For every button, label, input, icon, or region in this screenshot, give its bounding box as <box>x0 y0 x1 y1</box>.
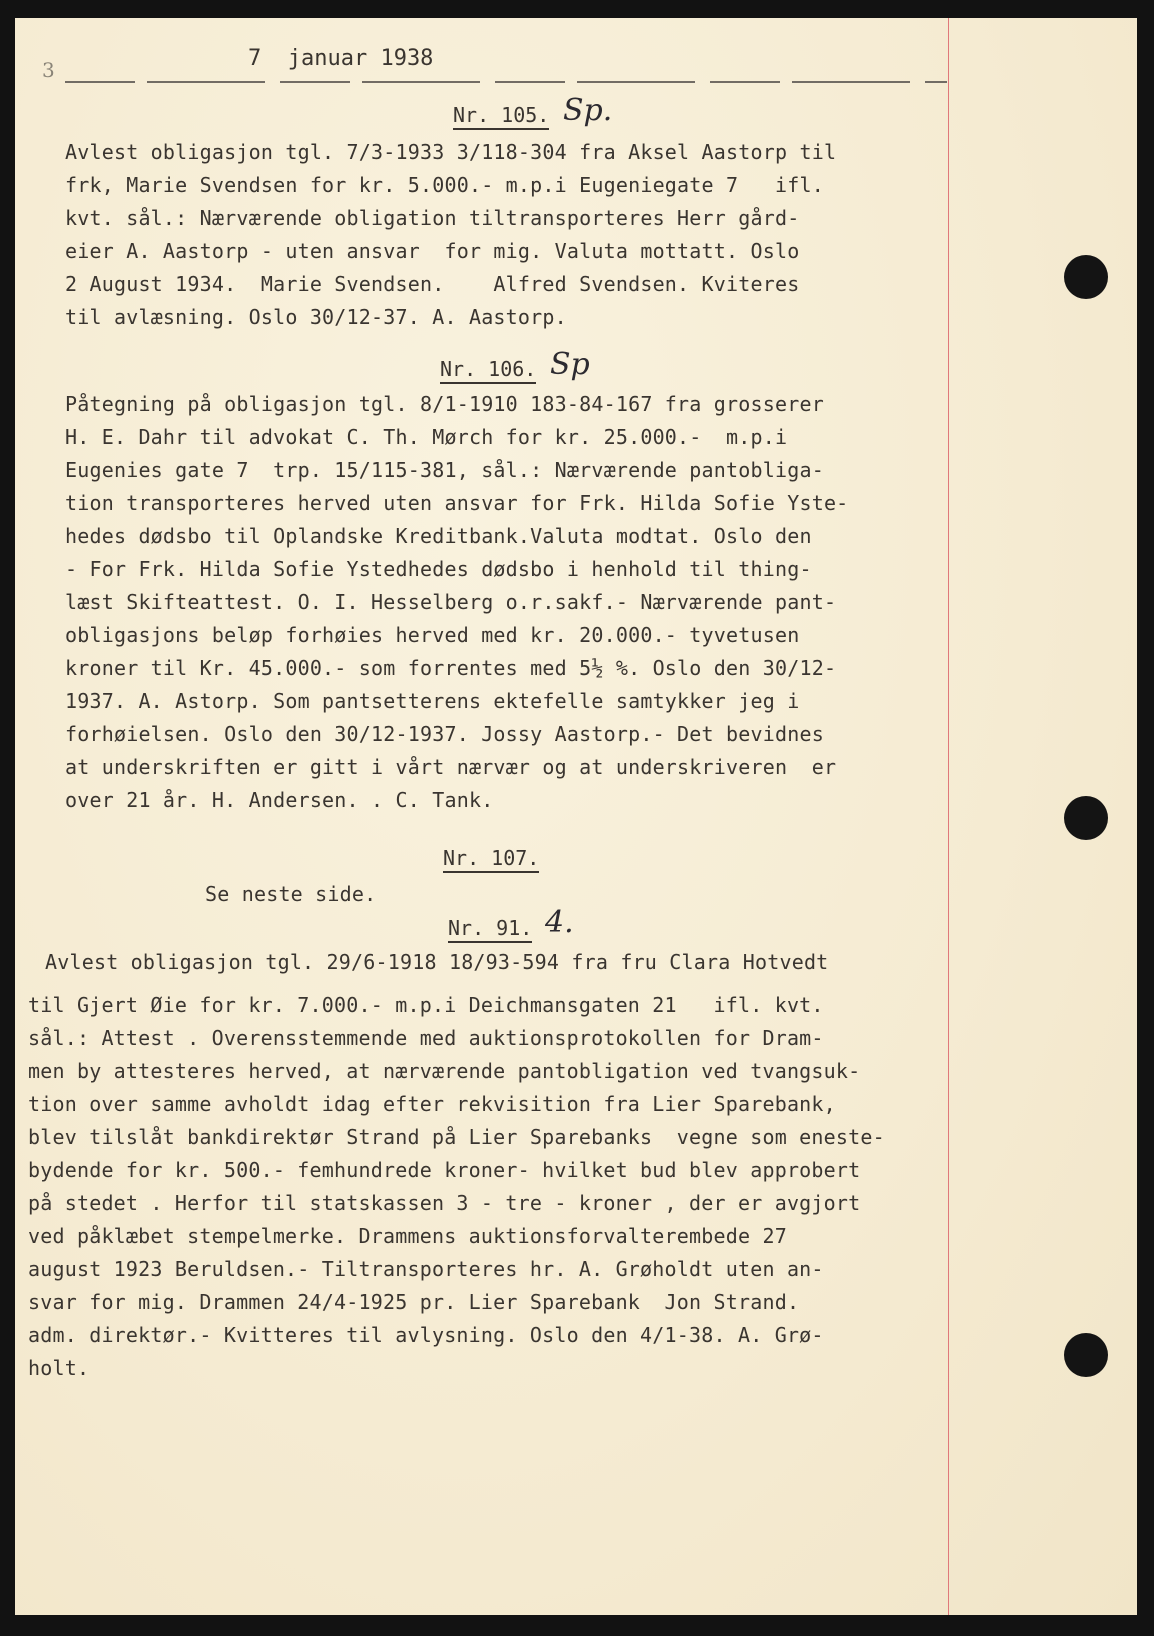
header-rule <box>65 81 947 83</box>
text-line: at underskriften er gitt i vårt nærvær o… <box>65 755 836 779</box>
text-line: på stedet . Herfor til statskassen 3 - t… <box>28 1191 860 1215</box>
text-line: forhøielsen. Oslo den 30/12-1937. Jossy … <box>65 722 824 746</box>
handwritten-initials: 4. <box>545 908 574 938</box>
text-line: Avlest obligasjon tgl. 29/6-1918 18/93-5… <box>45 950 828 974</box>
text-line: tion transporteres herved uten ansvar fo… <box>65 491 848 515</box>
text-line: - For Frk. Hilda Sofie Ystedhedes dødsbo… <box>65 557 812 581</box>
text-line: til avlæsning. Oslo 30/12-37. A. Aastorp… <box>65 305 567 329</box>
text-line: tion over samme avholdt idag efter rekvi… <box>28 1092 836 1116</box>
text-line: ved påklæbet stempelmerke. Drammens aukt… <box>28 1224 787 1248</box>
text-line: over 21 år. H. Andersen. . C. Tank. <box>65 788 493 812</box>
text-line: august 1923 Beruldsen.- Tiltransporteres… <box>28 1257 824 1281</box>
entry-number-107: Nr. 107. <box>443 846 539 873</box>
text-line: kvt. sål.: Nærværende obligation tiltran… <box>65 206 799 230</box>
punch-hole-icon <box>1064 1333 1108 1377</box>
text-line: til Gjert Øie for kr. 7.000.- m.p.i Deic… <box>28 993 824 1017</box>
handwritten-initials: Sp. <box>563 96 612 126</box>
text-line: holt. <box>28 1356 89 1380</box>
page-mark: 3 <box>42 58 55 82</box>
text-line: 1937. A. Astorp. Som pantsetterens ektef… <box>65 689 799 713</box>
text-line: bydende for kr. 500.- femhundrede kroner… <box>28 1158 860 1182</box>
margin-line <box>948 18 949 1615</box>
entry-number-105: Nr. 105. <box>453 103 549 130</box>
text-line: adm. direktør.- Kvitteres til avlysning.… <box>28 1323 824 1347</box>
ledger-page: 3 7 januar 1938 Nr. 105. Sp. Avlest obli… <box>15 18 1137 1615</box>
text-line: Påtegning på obligasjon tgl. 8/1-1910 18… <box>65 392 824 416</box>
text-line: sål.: Attest . Overensstemmende med aukt… <box>28 1026 824 1050</box>
text-line: obligasjons beløp forhøies herved med kr… <box>65 623 799 647</box>
text-line: Eugenies gate 7 trp. 15/115-381, sål.: N… <box>65 458 824 482</box>
page-date-header: 7 januar 1938 <box>248 46 433 71</box>
text-line: men by attesteres herved, at nærværende … <box>28 1059 860 1083</box>
text-line: frk, Marie Svendsen for kr. 5.000.- m.p.… <box>65 173 824 197</box>
text-line: H. E. Dahr til advokat C. Th. Mørch for … <box>65 425 787 449</box>
entry-number-91: Nr. 91. <box>448 916 532 943</box>
text-line: 2 August 1934. Marie Svendsen. Alfred Sv… <box>65 272 799 296</box>
text-line: hedes dødsbo til Oplandske Kreditbank.Va… <box>65 524 812 548</box>
handwritten-initials: Sp <box>550 350 590 380</box>
text-line: kroner til Kr. 45.000.- som forrentes me… <box>65 656 836 680</box>
see-next-page-note: Se neste side. <box>205 882 376 906</box>
text-line: blev tilslåt bankdirektør Strand på Lier… <box>28 1125 885 1149</box>
text-line: eier A. Aastorp - uten ansvar for mig. V… <box>65 239 799 263</box>
entry-number-106: Nr. 106. <box>440 357 536 384</box>
punch-hole-icon <box>1064 255 1108 299</box>
text-line: læst Skifteattest. O. I. Hesselberg o.r.… <box>65 590 836 614</box>
text-line: svar for mig. Drammen 24/4-1925 pr. Lier… <box>28 1290 799 1314</box>
punch-hole-icon <box>1064 796 1108 840</box>
text-line: Avlest obligasjon tgl. 7/3-1933 3/118-30… <box>65 140 836 164</box>
